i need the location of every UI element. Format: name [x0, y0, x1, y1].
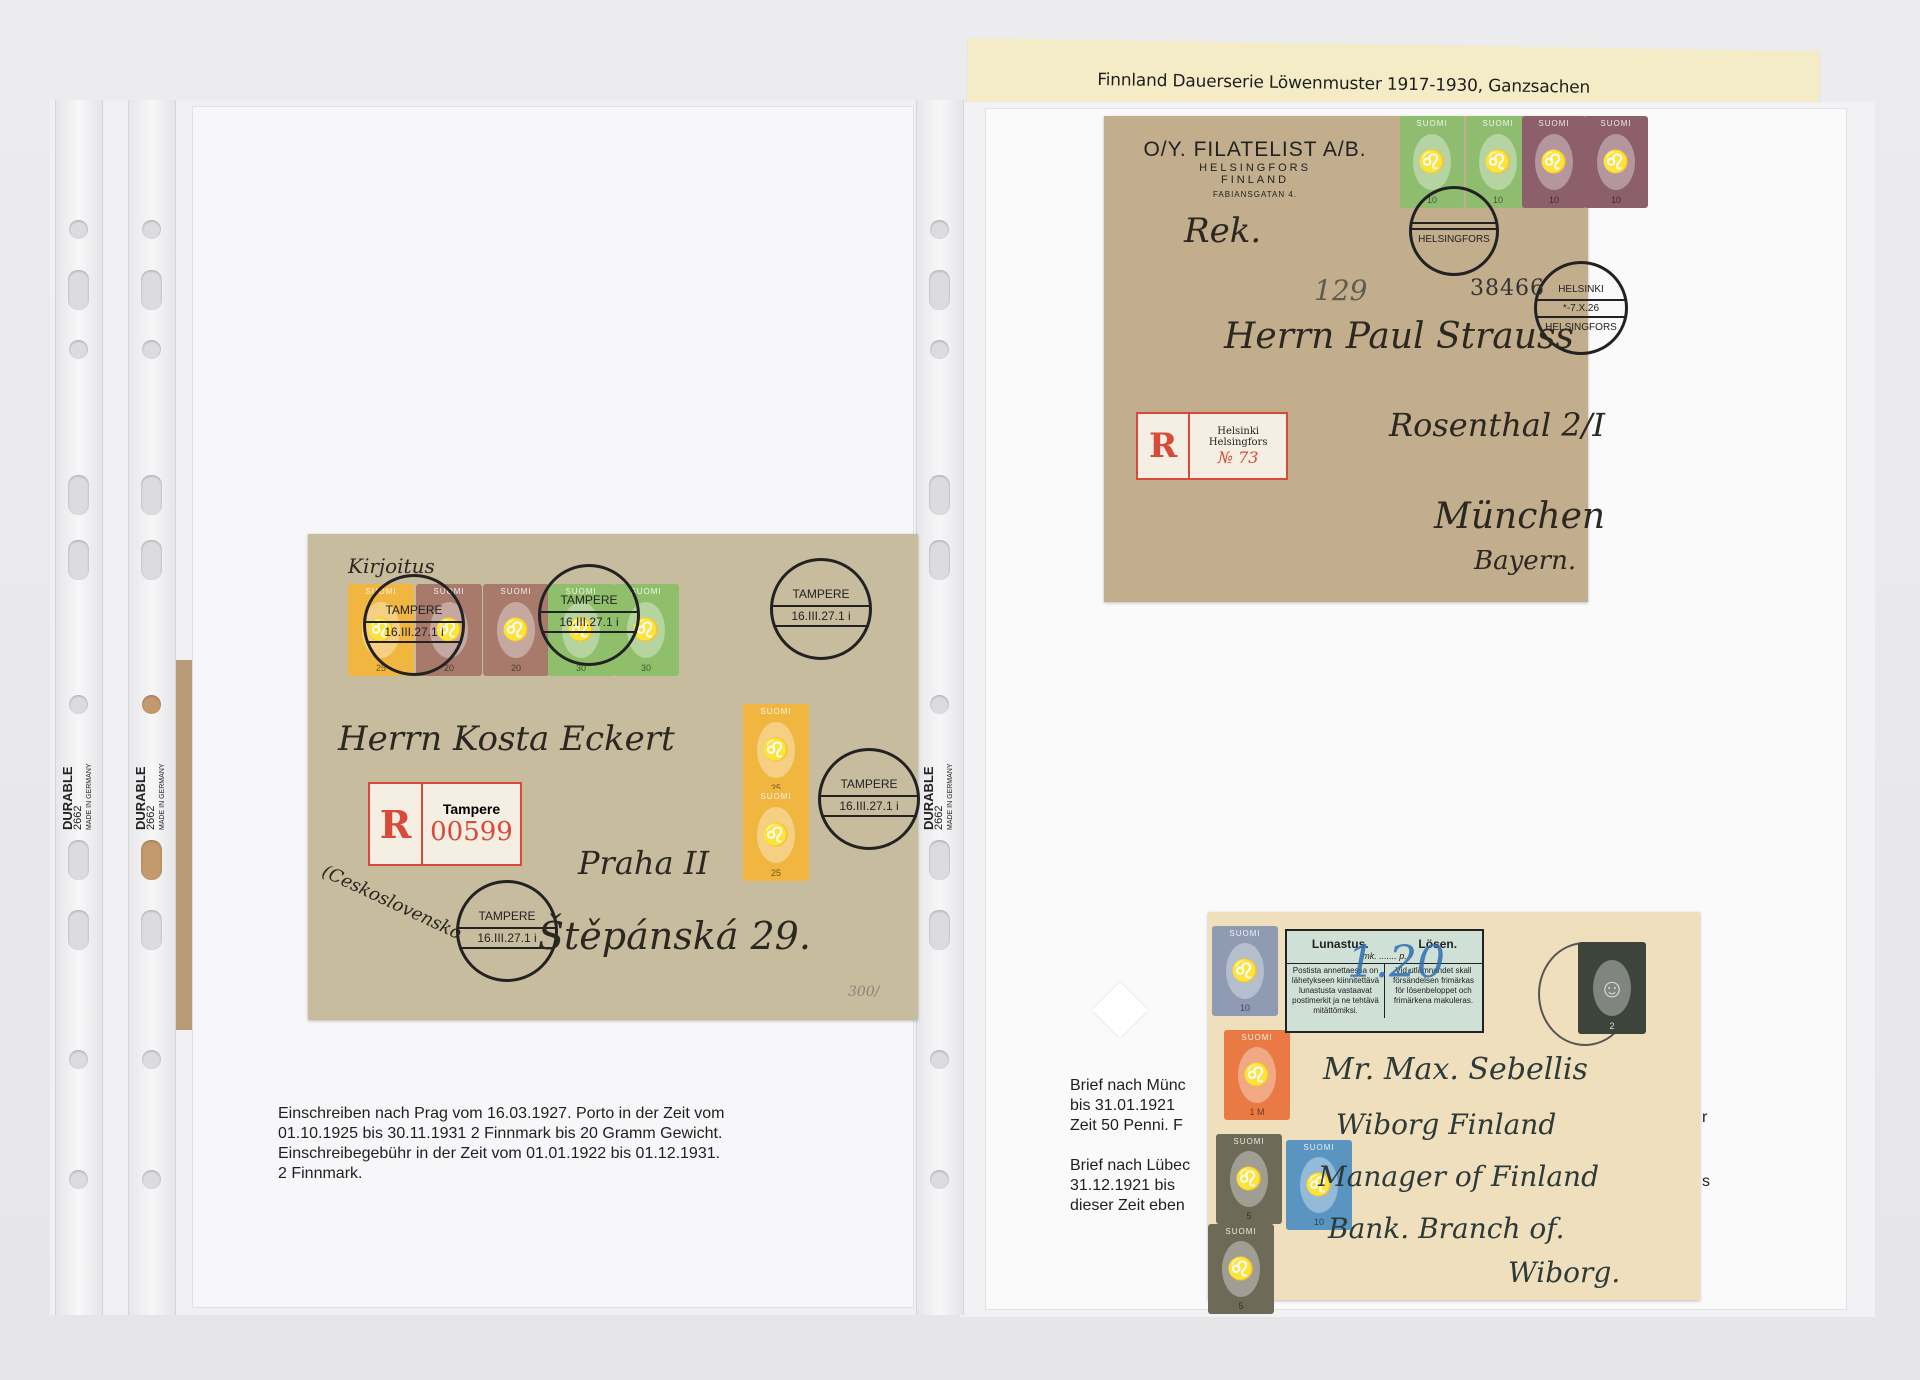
cancel-bar: [1412, 222, 1496, 230]
punch-slot: [141, 540, 162, 580]
stamp-value: 1 M: [1224, 1107, 1290, 1117]
lion-stamp: SUOMI♌20: [483, 584, 549, 676]
lion-icon: ♌: [1413, 134, 1451, 190]
stamp-country: SUOMI: [1224, 1033, 1290, 1042]
address-line: Herrn Paul Strauss: [1224, 316, 1574, 357]
lion-icon: ♌: [1535, 134, 1573, 190]
caption-line: Zeit 50 Penni. F: [1070, 1116, 1190, 1136]
stamp-country: SUOMI: [1400, 119, 1464, 128]
caption-line: bis 31.01.1921: [1070, 1096, 1190, 1116]
registration-office: Helsingfors: [1209, 437, 1268, 448]
punch-slot: [68, 475, 89, 515]
cancel-town: TAMPERE: [385, 603, 442, 617]
lion-icon: ♌: [1230, 1151, 1268, 1207]
lion-stamp: SUOMI♌10: [1584, 116, 1648, 208]
sleeve-brand-label: DURABLE 2662 MADE IN GERMANY: [135, 720, 169, 830]
sleeve-brand-label: DURABLE 2662 MADE IN GERMANY: [62, 720, 96, 830]
cancel-town: HELSINKI: [1558, 284, 1604, 295]
lion-stamp: SUOMI♌1 M: [1224, 1030, 1290, 1120]
caption-line: 01.10.1925 bis 30.11.1931 2 Finnmark bis…: [278, 1124, 724, 1144]
caption-line: 2 Finnmark.: [278, 1164, 724, 1184]
brand-model: 2662: [72, 806, 84, 830]
cancel-town: TAMPERE: [478, 909, 535, 923]
stamp-country: SUOMI: [1212, 929, 1278, 938]
caption-edge-char: s: [1702, 1172, 1710, 1192]
stamp-value: 10: [1584, 195, 1648, 205]
punch-slot: [68, 840, 89, 880]
sender-city: HELSINGFORS: [1140, 162, 1370, 174]
stamp-value: 10: [1522, 195, 1586, 205]
punch-slot: [929, 910, 950, 950]
punch-slot: [68, 270, 89, 310]
cancel-town: TAMPERE: [560, 593, 617, 607]
stamp-value: 25: [743, 868, 809, 878]
brand-model: 2662: [145, 806, 157, 830]
punch-hole: [142, 220, 161, 239]
helsinki-cancel-icon: HELSINGFORS: [1409, 186, 1499, 276]
stamp-country: SUOMI: [743, 792, 809, 801]
registration-number: № 73: [1218, 448, 1259, 467]
address-line: Wiborg.: [1508, 1256, 1620, 1289]
stamp-value: 10: [1212, 1003, 1278, 1013]
sender-imprint: O/Y. FILATELIST A/B. HELSINGFORS FINLAND…: [1140, 138, 1370, 199]
written-due-amount: 1.20: [1347, 937, 1445, 988]
punch-strip-left-outer: DURABLE 2662 MADE IN GERMANY: [55, 100, 103, 1315]
address-line: Wiborg Finland: [1336, 1108, 1556, 1141]
address-line: Bayern.: [1474, 546, 1576, 576]
caption-edge-char: r: [1702, 1108, 1707, 1128]
punch-hole: [69, 340, 88, 359]
punch-slot: [141, 475, 162, 515]
pencil-note: 300/: [848, 984, 879, 1000]
pencil-number: 129: [1314, 274, 1367, 307]
punch-slot: [68, 540, 89, 580]
lion-stamp: SUOMI♌10: [1212, 926, 1278, 1016]
sleeve-brand-label: DURABLE 2662 MADE IN GERMANY: [923, 720, 957, 830]
sender-name: O/Y. FILATELIST A/B.: [1140, 138, 1370, 162]
brand-origin: MADE IN GERMANY: [84, 720, 95, 830]
stamp-country: SUOMI: [483, 587, 549, 596]
lion-icon: ♌: [1479, 134, 1517, 190]
stamp-country: SUOMI: [743, 707, 809, 716]
cancel-date: 16.III.27.1 i: [366, 621, 462, 643]
envelope-annotation: Rek.: [1184, 211, 1261, 251]
punch-slot: [929, 270, 950, 310]
address-line: Manager of Finland: [1318, 1160, 1599, 1193]
punch-strip-center: DURABLE 2662 MADE IN GERMANY: [916, 100, 964, 1315]
punch-hole: [930, 220, 949, 239]
stamp-value: 30: [613, 663, 679, 673]
registration-r: R: [1138, 414, 1190, 478]
lion-stamp: SUOMI♌25: [743, 789, 809, 881]
punch-slot: [68, 910, 89, 950]
address-line: Bank. Branch of.: [1328, 1212, 1565, 1245]
stamp-value: 2: [1578, 1021, 1646, 1031]
registration-office: Helsinki: [1217, 426, 1259, 437]
punch-slot: [929, 540, 950, 580]
caption-line: Brief nach Lübec: [1070, 1156, 1190, 1176]
lion-icon: ♌: [497, 602, 535, 658]
punch-hole: [930, 1170, 949, 1189]
lion-stamp: SUOMI♌5: [1208, 1224, 1274, 1314]
punch-hole: [69, 1050, 88, 1069]
punch-strip-left-inner: DURABLE 2662 MADE IN GERMANY: [128, 100, 176, 1315]
stamp-value: 5: [1216, 1211, 1282, 1221]
tampere-cancel-icon: TAMPERE16.III.27.1 i: [538, 564, 640, 666]
cancel-town: TAMPERE: [792, 587, 849, 601]
country-note: (Ceskoslovensko: [319, 861, 465, 944]
punch-slot: [141, 840, 162, 880]
irish-stamp-portrait: ☺: [1593, 960, 1631, 1016]
punch-hole: [142, 1050, 161, 1069]
stamp-country: SUOMI: [1466, 119, 1530, 128]
caption-line: 31.12.1921 bis: [1070, 1176, 1190, 1196]
stamp-country: SUOMI: [1216, 1137, 1282, 1146]
brand-origin: MADE IN GERMANY: [157, 720, 168, 830]
registration-label: R Tampere 00599: [368, 782, 522, 866]
address-line: Mr. Max. Sebellis: [1323, 1052, 1588, 1087]
registered-cover-munich: O/Y. FILATELIST A/B. HELSINGFORS FINLAND…: [1104, 116, 1588, 602]
punch-hole: [69, 1170, 88, 1189]
tampere-cancel-icon: TAMPERE16.III.27.1 i: [363, 574, 465, 676]
stamp-country: SUOMI: [1286, 1143, 1352, 1152]
punch-hole: [142, 1170, 161, 1189]
stamp-country: SUOMI: [1522, 119, 1586, 128]
tampere-cancel-icon: TAMPERE16.III.27.1 i: [818, 748, 920, 850]
address-line: Štěpánská 29.: [538, 914, 811, 958]
tampere-cancel-icon: TAMPERE16.III.27.1 i: [770, 558, 872, 660]
punch-hole: [930, 1050, 949, 1069]
caption-line: Brief nach Münc: [1070, 1076, 1190, 1096]
lion-icon: ♌: [1226, 943, 1264, 999]
lion-icon: ♌: [1238, 1047, 1276, 1103]
caption-line: Einschreibegebühr in der Zeit vom 01.01.…: [278, 1144, 724, 1164]
caption-line: Einschreiben nach Prag vom 16.03.1927. P…: [278, 1104, 724, 1124]
stamp-value: 5: [1208, 1301, 1274, 1311]
registration-office: Tampere: [443, 801, 500, 817]
registered-cover-prague: Kirjoitus SUOMI♌25SUOMI♌20SUOMI♌20SUOMI♌…: [308, 534, 918, 1020]
punch-slot: [929, 840, 950, 880]
cancel-date: *-7.X.26: [1537, 299, 1625, 318]
lion-stamp: SUOMI♌5: [1216, 1134, 1282, 1224]
cancel-date: 16.III.27.1 i: [821, 795, 917, 817]
punch-slot: [929, 475, 950, 515]
left-caption: Einschreiben nach Prag vom 16.03.1927. P…: [278, 1104, 724, 1184]
sender-street: FABIANSGATAN 4.: [1140, 190, 1370, 199]
punch-hole: [142, 695, 161, 714]
registration-label: R Helsinki Helsingfors № 73: [1136, 412, 1288, 480]
punch-slot: [141, 270, 162, 310]
postage-due-label: Lunastus. Lösen. mk. ....... p. Postista…: [1285, 929, 1484, 1033]
punch-slot: [141, 910, 162, 950]
stamp-country: SUOMI: [1208, 1227, 1274, 1236]
sender-country: FINLAND: [1140, 174, 1370, 186]
lion-icon: ♌: [757, 807, 795, 863]
lion-icon: ♌: [757, 722, 795, 778]
album-title: Finnland Dauerserie Löwenmuster 1917-193…: [1097, 70, 1590, 98]
punch-hole: [69, 220, 88, 239]
cancel-town: TAMPERE: [840, 777, 897, 791]
lion-stamp: SUOMI♌25: [743, 704, 809, 796]
lion-icon: ♌: [1597, 134, 1635, 190]
address-line: Herrn Kosta Eckert: [338, 719, 675, 759]
lion-stamp: SUOMI♌10: [1522, 116, 1586, 208]
cancel-date: 16.III.27.1 i: [773, 605, 869, 627]
cancel-town: HELSINGFORS: [1418, 234, 1490, 245]
lion-icon: ♌: [1222, 1241, 1260, 1297]
irish-stamp: ☺ 2: [1578, 942, 1646, 1034]
registration-number: 00599: [430, 817, 513, 847]
punch-hole: [69, 695, 88, 714]
brand-model: 2662: [933, 806, 945, 830]
brand-origin: MADE IN GERMANY: [945, 720, 956, 830]
punch-hole: [930, 695, 949, 714]
cancel-date: 16.III.27.1 i: [541, 611, 637, 633]
stamp-country: SUOMI: [1584, 119, 1648, 128]
stamp-value: 20: [483, 663, 549, 673]
registration-r: R: [370, 784, 423, 864]
caption-line: dieser Zeit eben: [1070, 1196, 1190, 1216]
address-line: München: [1434, 496, 1605, 537]
right-caption: Brief nach Münc bis 31.01.1921 Zeit 50 P…: [1070, 1076, 1190, 1216]
address-line: Praha II: [578, 844, 709, 882]
address-line: Rosenthal 2/I: [1389, 406, 1605, 444]
punch-hole: [930, 340, 949, 359]
punch-hole: [142, 340, 161, 359]
register-number: 38466: [1470, 276, 1545, 301]
